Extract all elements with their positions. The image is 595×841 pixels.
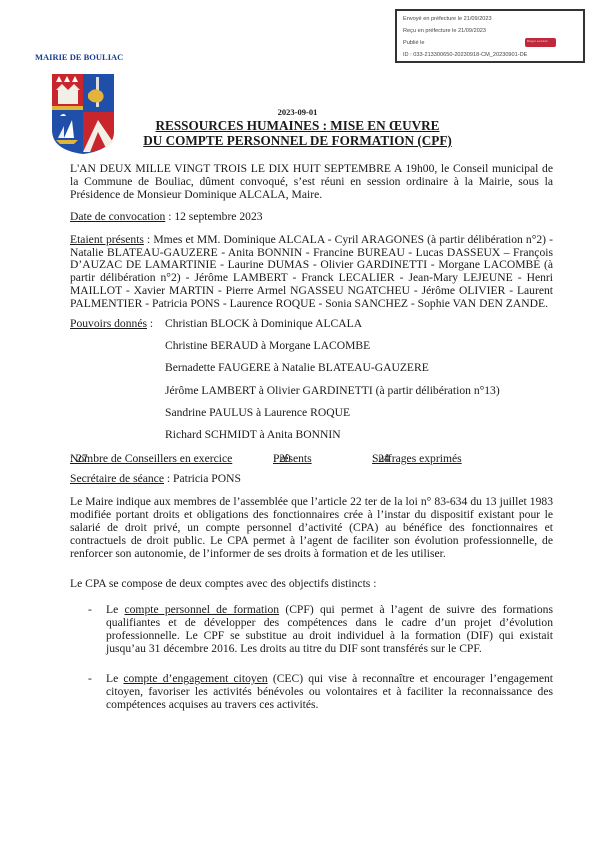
title-line-2: DU COMPTE PERSONNEL DE FORMATION (CPF) xyxy=(143,133,452,148)
stamp-publie: Publié le xyxy=(403,39,583,51)
pouvoirs-list: Christian BLOCK à Dominique ALCALA Chris… xyxy=(165,318,500,451)
presents-label: Etaient présents xyxy=(70,233,144,246)
bullet-prefix: Le xyxy=(106,603,124,616)
cpa-compose-paragraph: Le CPA se compose de deux comptes avec d… xyxy=(70,578,553,591)
vote-counts: Nombre de Conseillers en exercice : 27 P… xyxy=(70,453,553,473)
secretaire-label: Secrétaire de séance xyxy=(70,472,164,485)
convocation-date: Date de convocation : 12 septembre 2023 xyxy=(70,211,553,224)
stamp-recu: Reçu en préfecture le 21/09/2023 xyxy=(403,27,583,39)
convocation-value: : 12 septembre 2023 xyxy=(165,210,262,223)
bullet-item-cpf: - Le compte personnel de formation (CPF)… xyxy=(70,604,553,656)
bullet-term: compte personnel de formation xyxy=(124,603,279,616)
bullet-term: compte d’engagement citoyen xyxy=(123,672,267,685)
berger-levrault-logo: Berger Levrault xyxy=(525,38,556,47)
pouvoir-item: Jérôme LAMBERT à Olivier GARDINETTI (à p… xyxy=(165,385,500,407)
pouvoir-item: Christian BLOCK à Dominique ALCALA xyxy=(165,318,500,340)
pouvoir-item: Christine BERAUD à Morgane LACOMBE xyxy=(165,340,500,362)
stamp-id: ID : 033-213300650-20230918-CM_20230901-… xyxy=(403,51,583,63)
page-title: RESSOURCES HUMAINES : MISE EN ŒUVRE DU C… xyxy=(0,118,595,148)
mairie-name: MAIRIE DE BOULIAC xyxy=(35,52,135,62)
bullet-dash: - xyxy=(88,673,92,686)
pouvoir-item: Bernadette FAUGERE à Natalie BLATEAU-GAU… xyxy=(165,362,500,384)
pouvoir-item: Sandrine PAULUS à Laurence ROQUE xyxy=(165,407,500,429)
presents-paragraph: Etaient présents : Mmes et MM. Dominique… xyxy=(70,234,553,311)
secretaire-seance: Secrétaire de séance : Patricia PONS xyxy=(70,473,553,486)
presents-count-value: : 20 xyxy=(273,453,291,466)
secretaire-value: : Patricia PONS xyxy=(164,472,241,485)
conseillers-label: Nombre de Conseillers en exercice xyxy=(70,453,232,466)
title-line-1: RESSOURCES HUMAINES : MISE EN ŒUVRE xyxy=(156,118,440,133)
conseillers-value: : 27 xyxy=(70,453,88,466)
maire-paragraph: Le Maire indique aux membres de l’assemb… xyxy=(70,496,553,561)
bullet-prefix: Le xyxy=(106,672,123,685)
pouvoirs-label: Pouvoirs donnés xyxy=(70,317,147,330)
suffrages-value: : 24 xyxy=(372,453,390,466)
deliberation-date-code: 2023-09-01 xyxy=(0,107,595,117)
bullet-item-cec: - Le compte d’engagement citoyen (CEC) q… xyxy=(70,673,553,712)
stamp-envoye: Envoyé en préfecture le 21/09/2023 xyxy=(403,15,583,27)
pouvoirs-sep: : xyxy=(147,317,153,330)
document-body: L'AN DEUX MILLE VINGT TROIS LE DIX HUIT … xyxy=(70,163,553,729)
prefecture-stamp: Envoyé en préfecture le 21/09/2023 Reçu … xyxy=(395,9,585,63)
intro-paragraph: L'AN DEUX MILLE VINGT TROIS LE DIX HUIT … xyxy=(70,163,553,202)
pouvoir-item: Richard SCHMIDT à Anita BONNIN xyxy=(165,429,500,451)
convocation-label: Date de convocation xyxy=(70,210,165,223)
bullet-dash: - xyxy=(88,604,92,617)
pouvoirs-section: Pouvoirs donnés : Christian BLOCK à Domi… xyxy=(70,318,553,453)
